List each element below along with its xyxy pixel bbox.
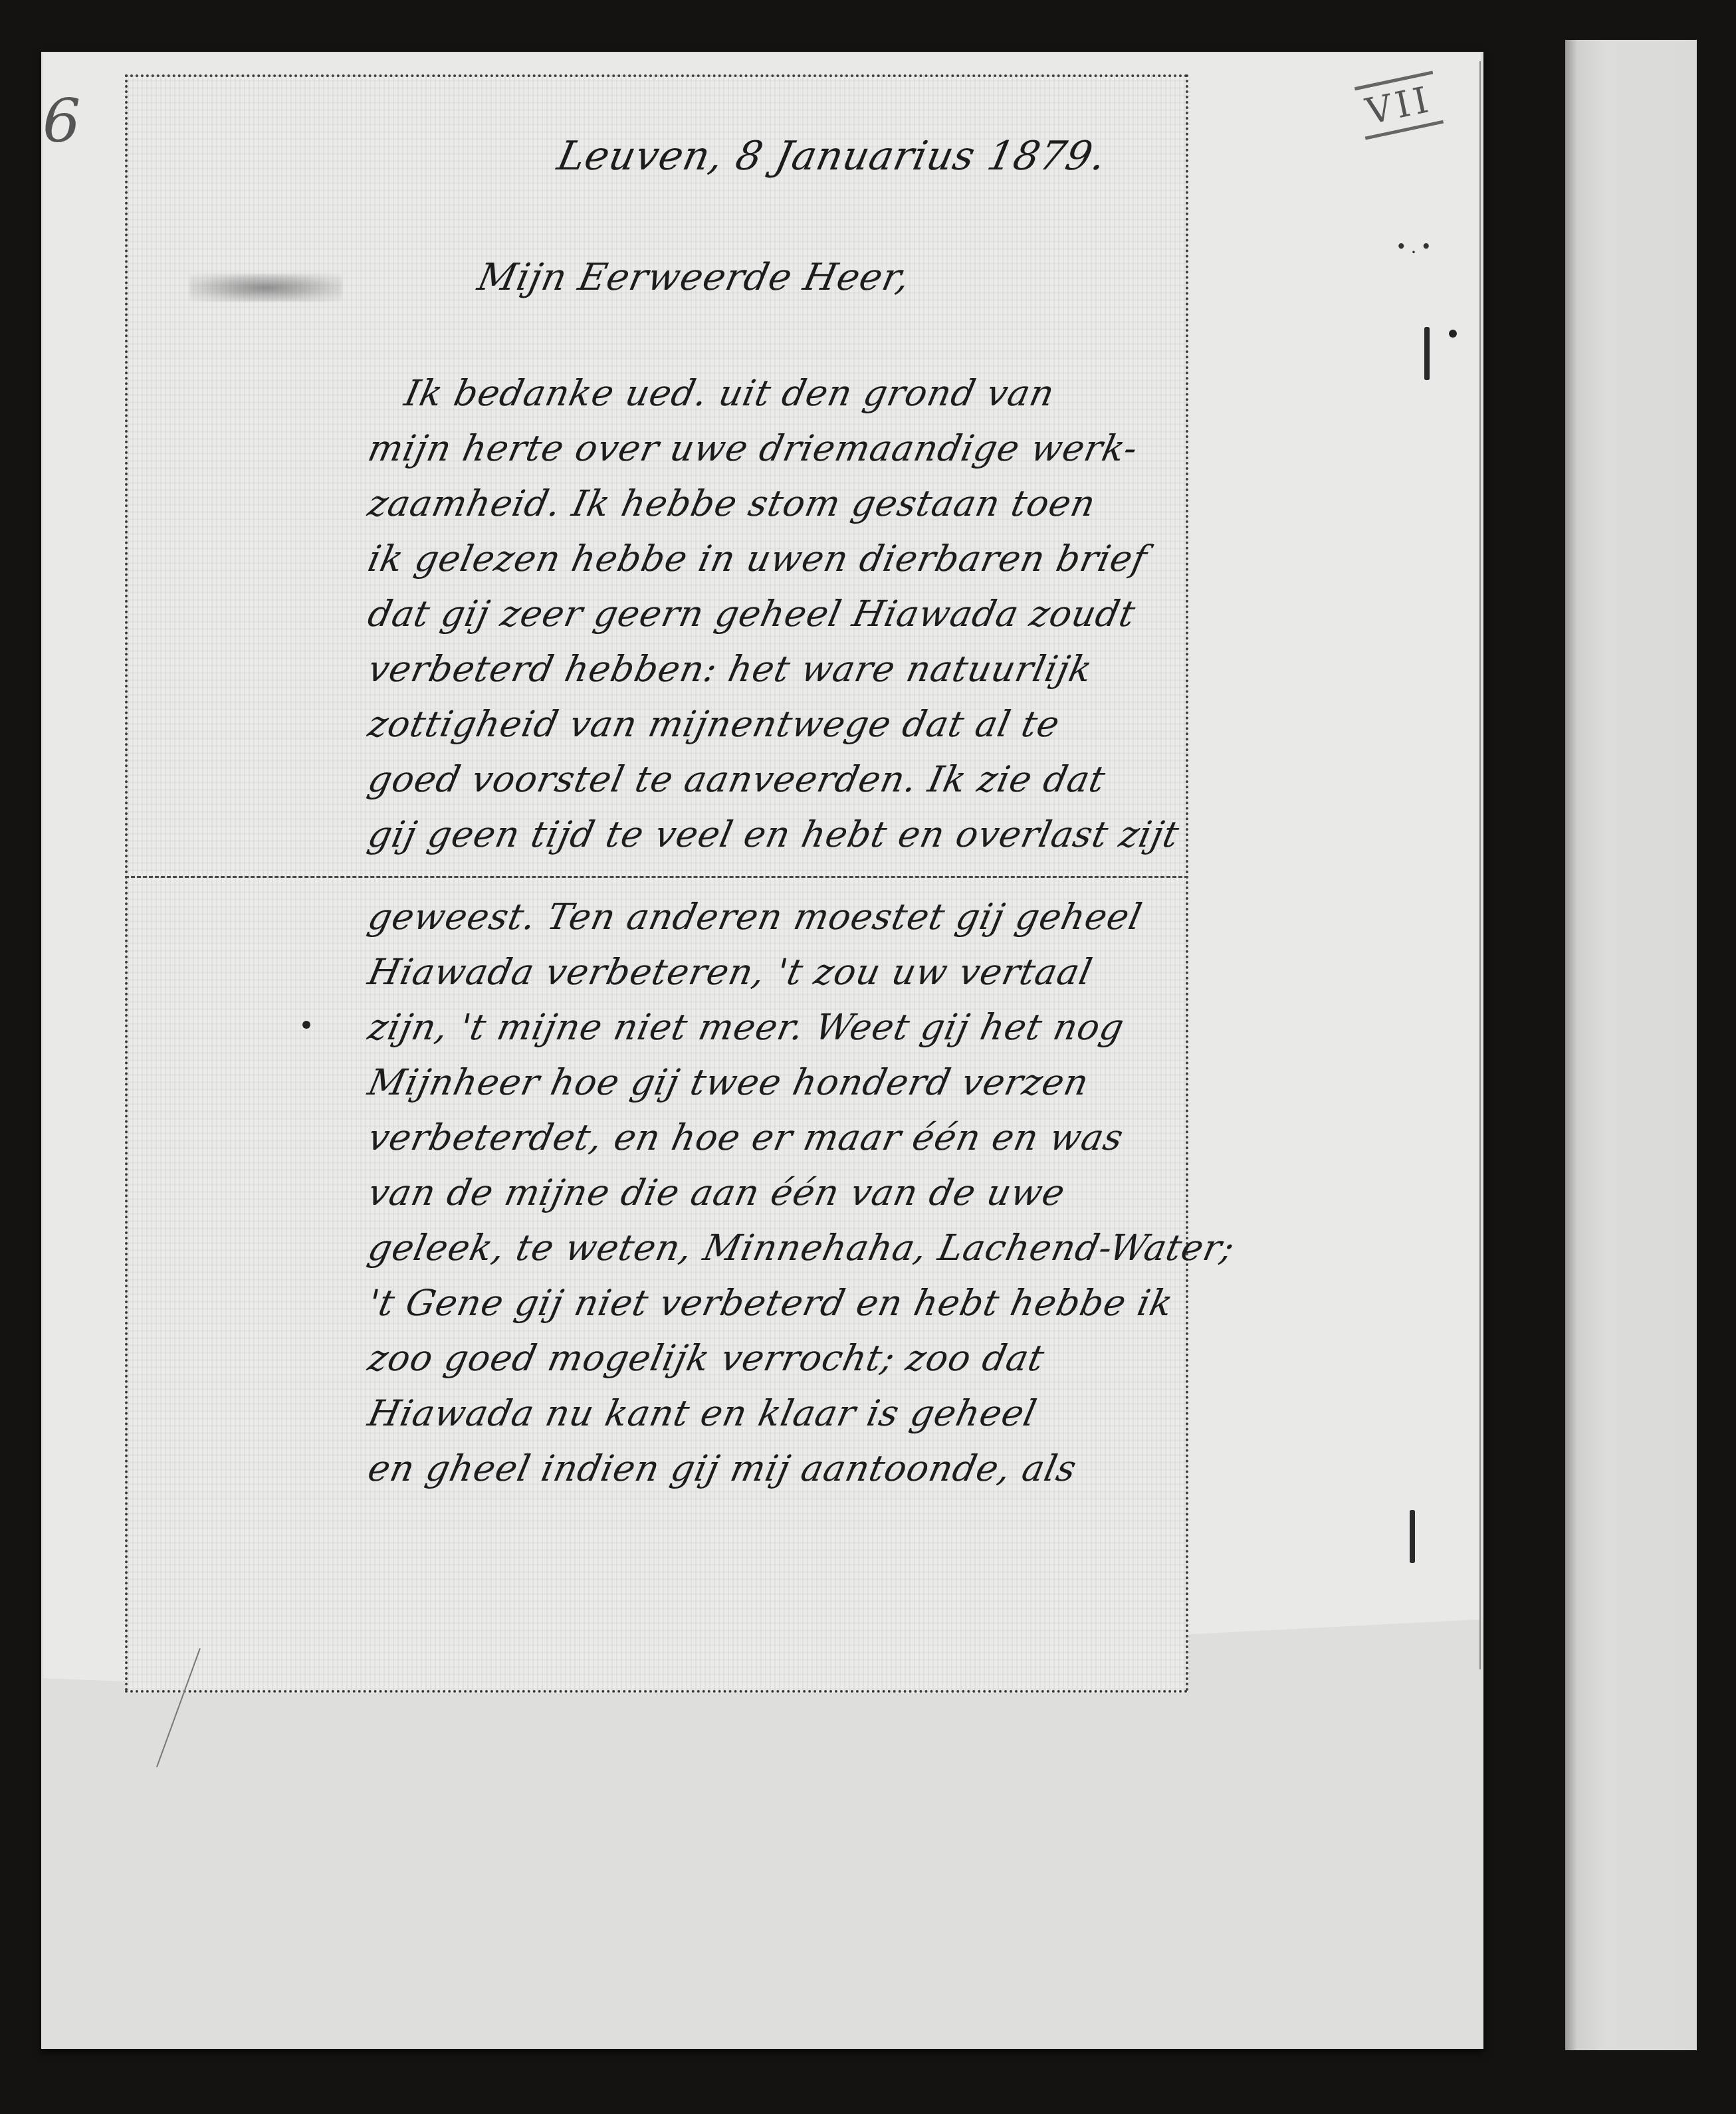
body-line: dat gij zeer geern geheel Hiawada zoudt bbox=[364, 593, 1139, 635]
underlying-sheet-strip bbox=[1565, 40, 1697, 2050]
margin-mark-tick bbox=[1424, 327, 1430, 380]
illegible-stamp-smudge bbox=[189, 274, 342, 302]
fold-line bbox=[125, 876, 1188, 878]
body-line: mijn herte over uwe driemaandige werk- bbox=[364, 427, 1142, 469]
body-line: en gheel indien gij mij aantoonde, als bbox=[364, 1447, 1081, 1489]
margin-mark-dots: •.• bbox=[1396, 236, 1436, 258]
body-line: zijn, 't mijne niet meer. Weet gij het n… bbox=[364, 1006, 1128, 1048]
body-line: Ik bedanke ued. uit den grond van bbox=[401, 372, 1058, 414]
body-line: Mijnheer hoe gij twee honderd verzen bbox=[364, 1061, 1093, 1103]
body-line: ik gelezen hebbe in uwen dierbaren brief bbox=[364, 538, 1150, 580]
body-line: 't Gene gij niet verbeterd en hebt hebbe… bbox=[364, 1282, 1177, 1324]
ink-dot bbox=[302, 1021, 310, 1029]
body-line: zoo goed mogelijk verrocht; zoo dat bbox=[364, 1337, 1048, 1379]
body-line: zaamheid. Ik hebbe stom gestaan toen bbox=[364, 482, 1099, 524]
body-line: goed voorstel te aanveerden. Ik zie dat bbox=[364, 758, 1109, 800]
date-line: Leuven, 8 Januarius 1879. bbox=[554, 133, 1111, 179]
mount-edge-line bbox=[1479, 61, 1481, 1669]
body-line: geleek, te weten, Minnehaha, Lachend-Wat… bbox=[364, 1227, 1239, 1269]
body-line: gij geen tijd te veel en hebt en overlas… bbox=[364, 813, 1183, 855]
body-line: geweest. Ten anderen moestet gij geheel bbox=[364, 896, 1146, 938]
page-number: 6 bbox=[43, 86, 80, 156]
ink-dot bbox=[1449, 330, 1457, 338]
salutation: Mijn Eerweerde Heer, bbox=[474, 256, 914, 299]
body-line: Hiawada nu kant en klaar is geheel bbox=[364, 1392, 1040, 1434]
margin-mark-tick bbox=[1410, 1510, 1415, 1563]
body-line: verbeterdet, en hoe er maar één en was bbox=[364, 1116, 1127, 1158]
body-line: van de mijne die aan één van de uwe bbox=[364, 1172, 1069, 1214]
body-line: Hiawada verbeteren, 't zou uw vertaal bbox=[364, 951, 1096, 993]
body-line: zottigheid van mijnentwege dat al te bbox=[364, 703, 1063, 745]
body-line: verbeterd hebben: het ware natuurlijk bbox=[364, 648, 1096, 690]
